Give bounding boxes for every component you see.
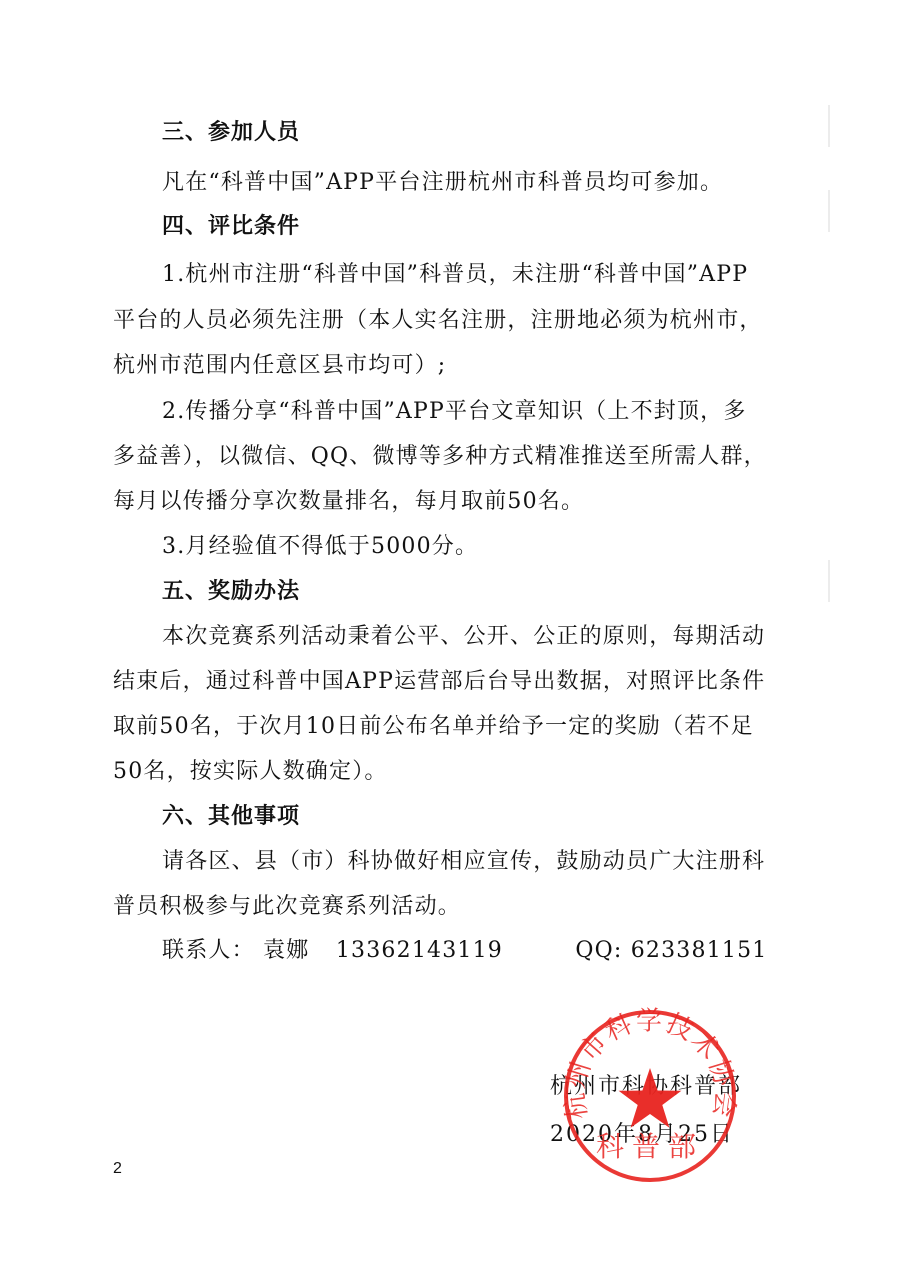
official-seal-icon: 杭州市科学技术协会 科普部 — [560, 1006, 740, 1186]
contact-line: 联系人： 袁娜 13362143119 QQ: 623381151 — [162, 936, 767, 966]
paragraph-line: 本次竞赛系列活动秉着公平、公开、公正的原则，每期活动 — [162, 622, 765, 652]
contact-label: 联系人： — [162, 938, 255, 963]
paragraph-line: 2.传播分享“科普中国”APP平台文章知识（上不封顶，多 — [162, 397, 747, 427]
section-heading-participants: 三、参加人员 — [162, 118, 300, 148]
section-heading-criteria: 四、评比条件 — [162, 212, 300, 242]
section-heading-rewards: 五、奖励办法 — [162, 577, 300, 607]
star-icon — [619, 1068, 682, 1128]
paragraph-line: 杭州市范围内任意区县市均可）; — [113, 351, 446, 381]
contact-name: 袁娜 — [263, 938, 309, 963]
page-number: 2 — [113, 1160, 122, 1178]
paragraph-line: 普员积极参与此次竞赛系列活动。 — [113, 892, 461, 922]
paragraph-line: 1.杭州市注册“科普中国”科普员，未注册“科普中国”APP — [162, 260, 748, 290]
margin-mark — [828, 105, 830, 147]
paragraph-line: 3.月经验值不得低于5000分。 — [162, 532, 478, 562]
paragraph-line: 凡在“科普中国”APP平台注册杭州市科普员均可参加。 — [162, 168, 723, 198]
qq-label: QQ: — [575, 938, 622, 963]
section-heading-other: 六、其他事项 — [162, 802, 300, 832]
paragraph-line: 结束后，通过科普中国APP运营部后台导出数据，对照评比条件 — [113, 667, 765, 697]
contact-phone: 13362143119 — [336, 938, 503, 963]
margin-mark — [828, 560, 830, 602]
paragraph-line: 平台的人员必须先注册（本人实名注册，注册地必须为杭州市， — [113, 306, 763, 336]
seal-inner-text: 科普部 — [596, 1130, 704, 1163]
paragraph-line: 取前50名，于次月10日前公布名单并给予一定的奖励（若不足 — [113, 712, 754, 742]
margin-mark — [828, 190, 830, 232]
paragraph-line: 多益善），以微信、QQ、微博等多种方式精准推送至所需人群， — [113, 442, 767, 472]
paragraph-line: 每月以传播分享次数量排名，每月取前50名。 — [113, 487, 584, 517]
qq-number: 623381151 — [631, 938, 768, 963]
paragraph-line: 50名，按实际人数确定）。 — [113, 757, 388, 787]
paragraph-line: 请各区、县（市）科协做好相应宣传，鼓励动员广大注册科 — [162, 847, 765, 877]
